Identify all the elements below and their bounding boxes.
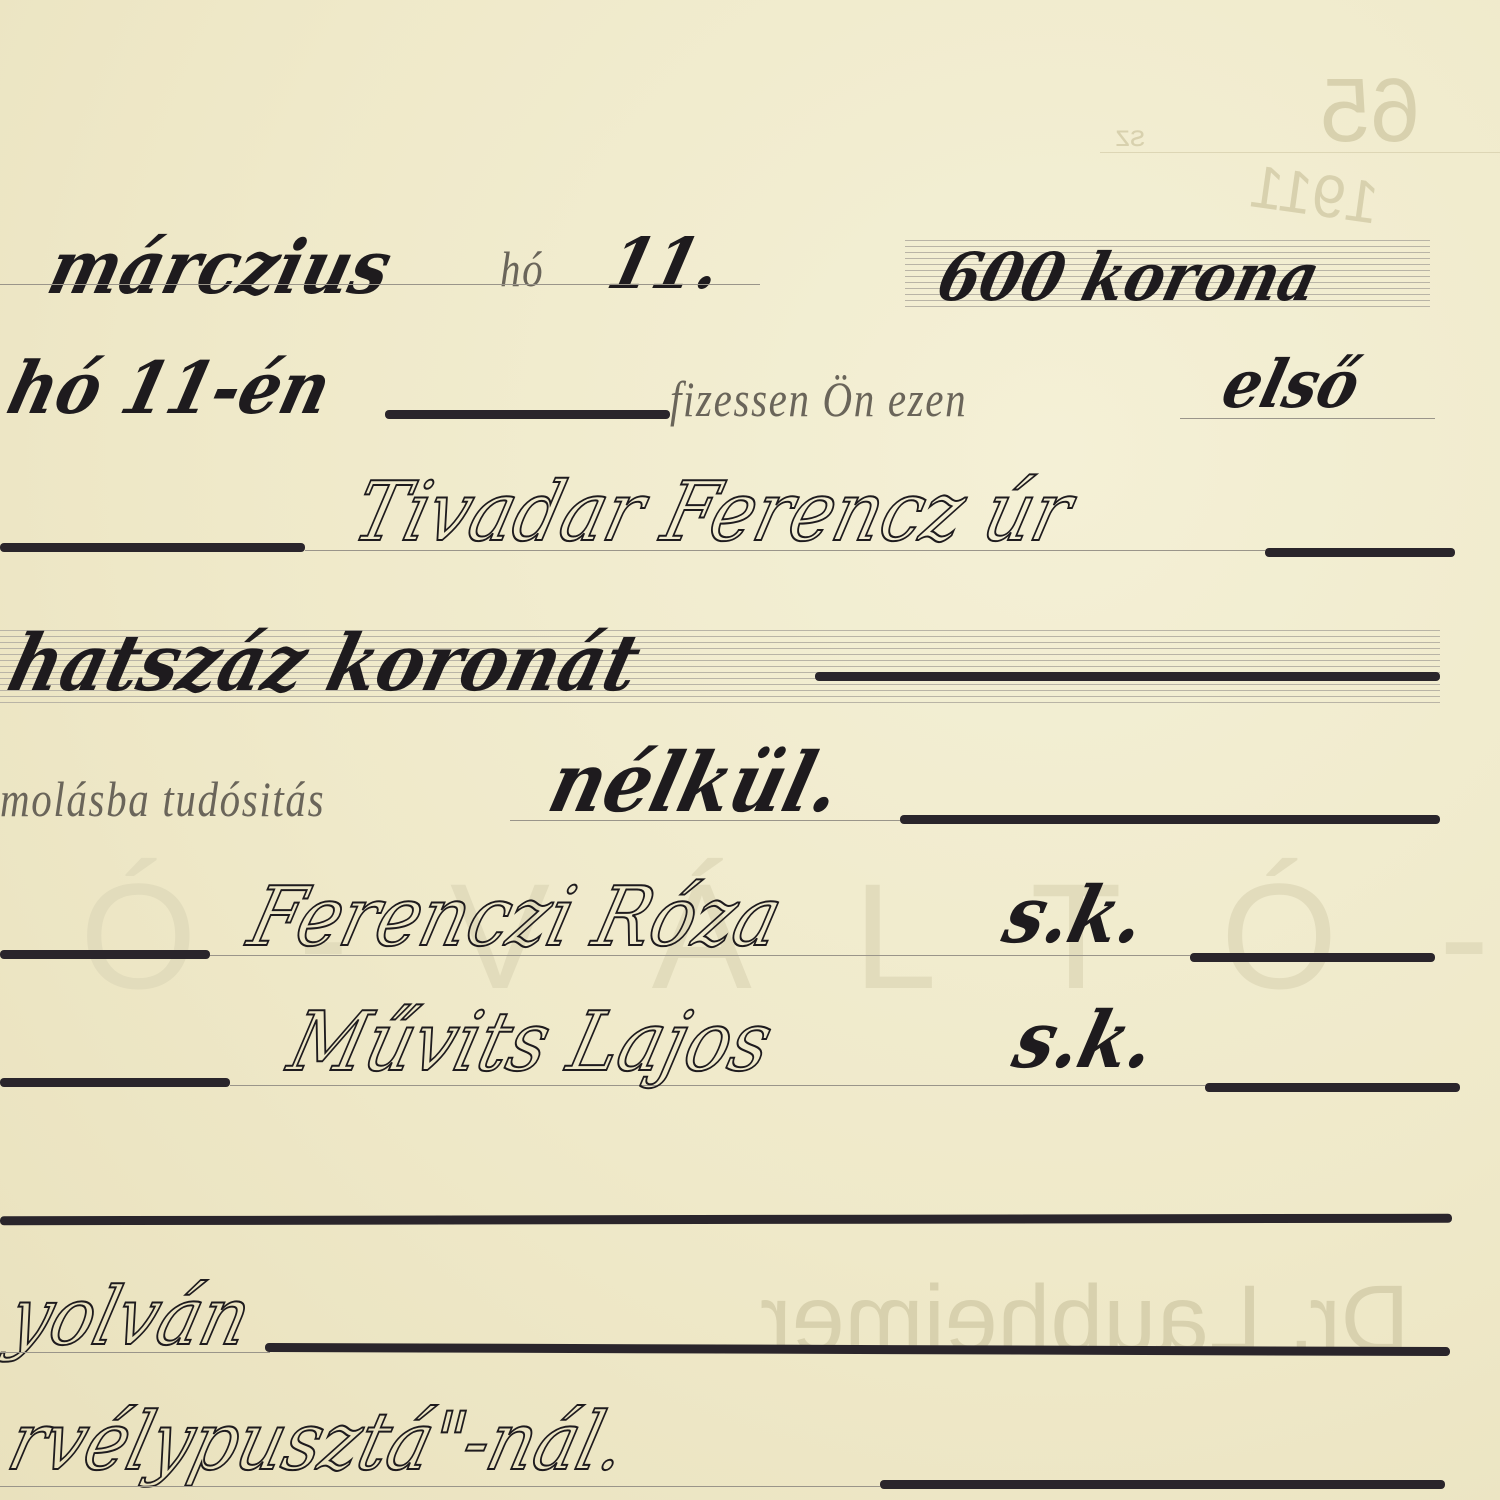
- handwritten-month: márczius: [40, 225, 400, 311]
- handwritten-puszta: rvélypusztá"-nál.: [0, 1395, 636, 1488]
- handwritten-amount: 600 korona: [930, 238, 1327, 316]
- line9-fill-stroke: [880, 1480, 1445, 1489]
- signature-1-sk: s.k.: [995, 870, 1155, 961]
- line3-fill-stroke-right: [1265, 548, 1455, 557]
- stamp-suffix-bleed: sz: [1115, 120, 1145, 154]
- signature-2-sk: s.k.: [1005, 995, 1165, 1086]
- printed-ho-label: hó: [500, 240, 544, 298]
- watermark-bottom: Dr. Laubheimer: [760, 1265, 1410, 1374]
- line1-baseline: [0, 284, 760, 285]
- line4-fill-stroke: [815, 672, 1440, 681]
- full-width-fill-stroke: [0, 1214, 1452, 1226]
- printed-notice-text: molásba tudósitás: [0, 770, 325, 828]
- line9-baseline: [0, 1486, 880, 1487]
- handwritten-place: yolván: [0, 1270, 260, 1363]
- line8-baseline: [0, 1352, 270, 1353]
- handwritten-day: 11.: [600, 222, 730, 305]
- handwritten-due-date: hó 11-én: [0, 345, 339, 430]
- sig1-fill-stroke-right: [1190, 953, 1435, 962]
- printed-pay-instruction: fizessen Ön ezen: [670, 370, 967, 428]
- signature-ferenczi-roza: Ferenczi Róza: [240, 870, 791, 965]
- stamp-divider-bleed: [1100, 152, 1500, 153]
- sig2-fill-stroke-right: [1205, 1083, 1460, 1092]
- handwritten-amount-words: hatszáz koronát: [0, 618, 649, 709]
- sig1-fill-stroke-left: [0, 950, 210, 959]
- handwritten-without: nélkül.: [540, 735, 851, 831]
- line2-fill-stroke: [385, 410, 670, 419]
- year-bleed: 1911: [1246, 151, 1383, 237]
- sig2-fill-stroke-left: [0, 1078, 230, 1087]
- handwritten-first: első: [1215, 345, 1368, 423]
- signature-muvits-lajos: Művits Lajos: [280, 995, 781, 1090]
- line3-fill-stroke-left: [0, 543, 305, 552]
- handwritten-payee: Tivadar Ferencz úr: [345, 465, 1081, 560]
- bill-of-exchange-scan: 65 sz 1911 Ó - V Á L T Ó - O Dr. Laubhei…: [0, 0, 1500, 1500]
- stamp-number-bleed: 65: [1320, 60, 1420, 163]
- line5-fill-stroke: [900, 815, 1440, 824]
